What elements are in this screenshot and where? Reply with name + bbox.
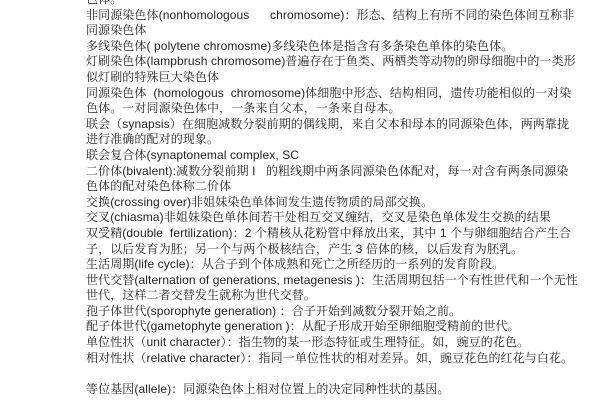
text-line: 同源染色体 xyxy=(86,23,566,39)
text-line-blank xyxy=(86,366,566,382)
text-line: 进行准确的配对的现象。 xyxy=(86,132,566,148)
document-page: 色体。 非同源染色体(nonhomologous chromosome)：形态、… xyxy=(86,0,566,397)
text-line: 色体。 xyxy=(86,0,566,8)
text-line: 孢子体世代(sporophyte generation) ：合子开始到减数分裂开… xyxy=(86,304,566,320)
text-line: 交叉(chiasma)非姐妹染色单体间若干处相互交叉缠结，交叉是染色单体发生交换… xyxy=(86,210,566,226)
text-line: 似灯刷的特殊巨大染色体 xyxy=(86,70,566,86)
text-line: 色体。一对同源染色体中，一条来自父本，一条来自母本。 xyxy=(86,101,566,117)
text-line: 配子体世代(gametophyte generation )：从配子形成开始至卵… xyxy=(86,319,566,335)
text-line: 联会（synapsis）在细胞减数分裂前期的偶线期，来自父本和母本的同源染色体，… xyxy=(86,117,566,133)
text-line: 灯刷染色体(lampbrush chromosome)普遍存在于鱼类、两栖类等动… xyxy=(86,54,566,70)
text-line: 联会复合体(synaptonemal complex, SC xyxy=(86,148,566,164)
text-line: 同源染色体 (homologous chromosome)体细胞中形态、结构相同… xyxy=(86,86,566,102)
text-line: 世代交替(alternation of generations, metagen… xyxy=(86,273,566,289)
text-line: 相对性状（relative character）：指同一单位性状的相对差异。如，… xyxy=(86,351,566,367)
text-line: 双受精(double fertilization)：2 个精核从花粉管中释放出来… xyxy=(86,226,566,242)
text-line: 色体的配对染色体称二价体 xyxy=(86,179,566,195)
text-line: 多线染色体( polytene chromosme)多线染色体是指含有多条染色单… xyxy=(86,39,566,55)
text-line: 生活周期(life cycle)：从合子到个体成熟和死亡之所经历的一系列的发育阶… xyxy=(86,257,566,273)
text-line: 子，以后发育为胚；另一个与两个极核结合，产生 3 倍体的核，以后发育为胚乳。 xyxy=(86,242,566,258)
text-line: 世代，这样二者交替发生就称为世代交替。 xyxy=(86,288,566,304)
text-line: 非同源染色体(nonhomologous chromosome)：形态、结构上有… xyxy=(86,8,566,24)
text-line: 二价体(bivalent):减数分裂前期 I 的粗线期中两条同源染色体配对，每一… xyxy=(86,164,566,180)
text-line: 单位性状（unit character）：指生物的某一形态特征或生理特征。如，豌… xyxy=(86,335,566,351)
text-line: 等位基因(allele)：同源染色体上相对位置上的决定同种性状的基因。 xyxy=(86,382,566,398)
text-line: 交换(crossing over)非姐妹染色单体间发生遗传物质的局部交换。 xyxy=(86,195,566,211)
